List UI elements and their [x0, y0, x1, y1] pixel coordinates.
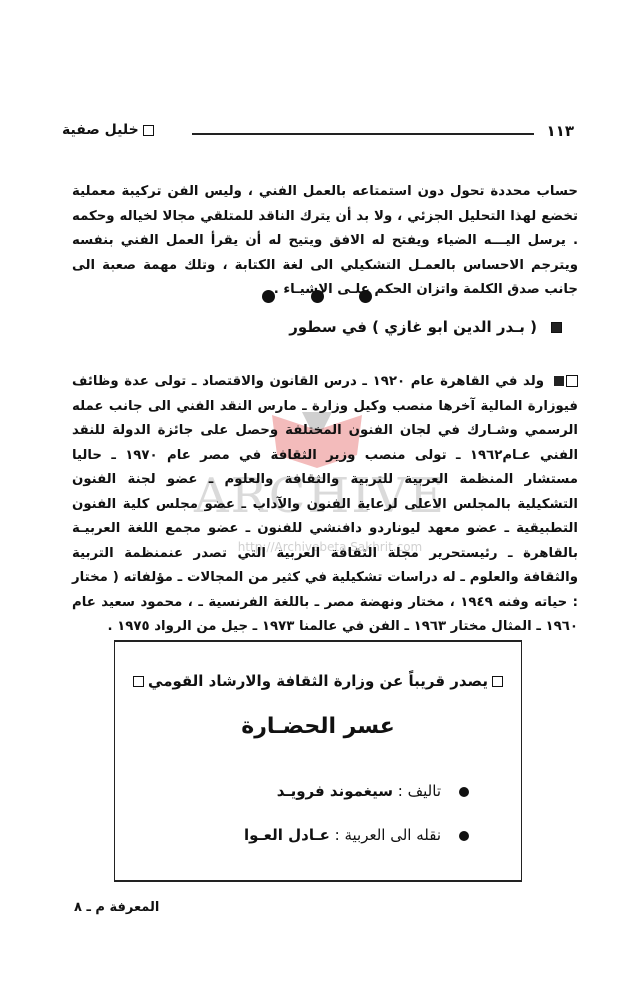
- ornament-dot-icon: [311, 290, 324, 303]
- translator-value: عـادل العـوا: [244, 826, 330, 844]
- biography-paragraph: ولد في القاهرة عام ١٩٢٠ ـ درس القانون وا…: [72, 370, 578, 640]
- filled-square-icon: [554, 376, 564, 386]
- document-page: ARCHIVE http://Archivebeta.Sakhrit.com ١…: [0, 0, 634, 992]
- square-bullet-icon: [143, 125, 154, 136]
- running-author: خليل صفية: [62, 122, 158, 138]
- square-bullet-icon: [566, 375, 578, 387]
- book-title: عسر الحضـارة: [115, 714, 521, 739]
- square-bullet-icon: [492, 676, 503, 687]
- ad-headline-text: يصدر قريباً عن وزارة الثقافة والارشاد ال…: [148, 672, 488, 690]
- section-separator: [262, 290, 372, 306]
- author-value: سيغموند فرويـد: [277, 782, 393, 800]
- running-header: ١١٣ خليل صفية: [62, 122, 574, 144]
- section-title-text: ( بـدر الدين ابو غازي ) في سطور: [289, 318, 537, 336]
- body-paragraph: حساب محددة تحول دون استمتاعه بالعمل الفن…: [72, 180, 578, 303]
- ornament-dot-icon: [359, 290, 372, 303]
- header-rule: [192, 133, 534, 135]
- biography-text: ولد في القاهرة عام ١٩٢٠ ـ درس القانون وا…: [72, 374, 578, 634]
- ad-headline: يصدر قريباً عن وزارة الثقافة والارشاد ال…: [115, 672, 521, 690]
- book-author-line: تاليف : سيغموند فرويـد: [277, 782, 469, 800]
- page-number: ١١٣: [547, 122, 574, 140]
- section-heading: ( بـدر الدين ابو غازي ) في سطور: [289, 318, 562, 336]
- filled-square-icon: [551, 322, 562, 333]
- square-bullet-icon: [133, 676, 144, 687]
- book-advertisement-box: يصدر قريباً عن وزارة الثقافة والارشاد ال…: [114, 640, 522, 882]
- author-name: خليل صفية: [62, 122, 139, 138]
- footer-signature: المعرفة م ـ ٨: [74, 900, 159, 915]
- author-label: تاليف :: [398, 782, 441, 800]
- bullet-dot-icon: [459, 831, 469, 841]
- bullet-dot-icon: [459, 787, 469, 797]
- ornament-dot-icon: [262, 290, 275, 303]
- book-translator-line: نقله الى العربية : عـادل العـوا: [244, 826, 469, 844]
- translator-label: نقله الى العربية :: [335, 826, 441, 844]
